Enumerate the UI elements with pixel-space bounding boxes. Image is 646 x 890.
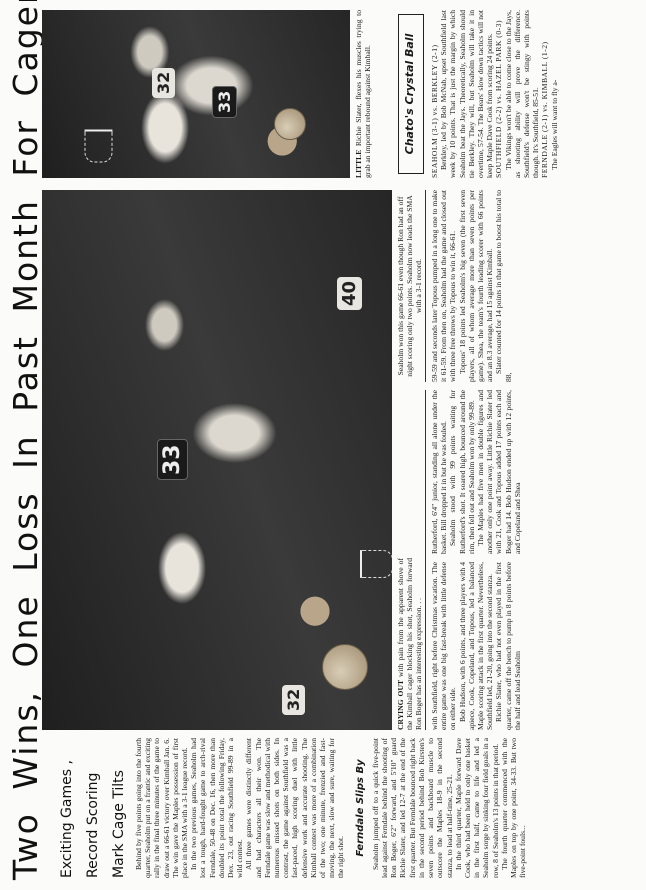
big-photo-caption: CRYING OUT with pain from the apparent s… — [396, 558, 424, 730]
matchup: FERNDALE (2-1) vs. KIMBALL (1-2) — [540, 10, 549, 178]
left-column: Exciting Games , Record Scoring Mark Cag… — [56, 738, 641, 878]
middle-column-2: Rutherford, 6'4" junior, standing all al… — [430, 390, 640, 554]
caption-lead: LITTLE — [354, 150, 363, 178]
story-paragraph: Richie Slater, who had not even played i… — [494, 562, 522, 730]
story-paragraph: All three games were distinctly differen… — [244, 738, 345, 878]
caption-lead: CRYING OUT — [396, 680, 405, 730]
story-paragraph: with Southfield, right before Christmas … — [430, 562, 458, 730]
top-right-photo: 32 33 — [42, 10, 350, 178]
story-paragraph: Behind by five points going into the fou… — [134, 738, 189, 878]
matchup: SEAHOLM (3-1) vs. BERKLEY (2-1) — [430, 10, 439, 178]
jersey-number: 32 — [282, 685, 305, 715]
basket-net-icon — [360, 550, 392, 578]
middle-column-1: with Southfield, right before Christmas … — [430, 562, 640, 730]
subhead-1: Exciting Games , — [56, 738, 78, 878]
prediction: The Vikings won't be able to come close … — [504, 10, 541, 178]
jersey-number: 32 — [152, 68, 175, 98]
story-paragraph: Seaholm stood with 99 points waiting for… — [448, 390, 476, 554]
crystal-ball-title-box: Chato's Crystal Ball — [398, 14, 424, 174]
story-paragraph: The Maples had five men in double figure… — [476, 390, 522, 554]
story-paragraph: Topous' 18 points led Seaholm's big seve… — [458, 190, 495, 382]
story-paragraph: Slater counted for 14 points in that gam… — [494, 190, 512, 382]
section-heading: Ferndale Slips By — [356, 738, 365, 878]
story-paragraph: In the two previous games, Seaholm had l… — [189, 738, 244, 878]
prediction: Berkley, led by Bob McNab, upset Southfi… — [439, 10, 494, 178]
crystal-ball-column: SEAHOLM (3-1) vs. BERKLEY (2-1) Berkley,… — [430, 10, 642, 178]
basketball-icon — [322, 644, 368, 690]
jersey-number: 40 — [337, 277, 362, 310]
prediction: The Eagles will want to fly a- — [550, 10, 559, 178]
middle-column-3: 59-59 and seconds later Topous pumped in… — [430, 190, 640, 382]
subhead-3: Mark Cage Tilts — [108, 738, 130, 878]
story-paragraph: Rutherford, 6'4" junior, standing all al… — [430, 390, 448, 554]
column-rule — [425, 390, 426, 730]
newspaper-page-rotated: Two Wins, One Loss In Past Month For Cag… — [0, 0, 646, 890]
story-inset: Seaholm won this game 66-61 even though … — [396, 190, 424, 382]
scanned-page: Two Wins, One Loss In Past Month For Cag… — [0, 0, 646, 890]
basketball-icon — [274, 108, 306, 140]
story-paragraph: The fourth quarter commenced with the Ma… — [500, 738, 528, 878]
story-paragraph: In the third quarter, Maple forward Dave… — [454, 738, 500, 878]
story-paragraph: Seaholm jumped off to a quick five-point… — [371, 738, 454, 878]
story-paragraph: Bob Hudson, with 6 points, and three pla… — [458, 562, 495, 730]
story-paragraph: 59-59 and seconds later Topous pumped in… — [430, 190, 458, 382]
jersey-number: 33 — [157, 439, 188, 480]
story-body: Behind by five points going into the fou… — [134, 738, 527, 878]
subhead-2: Record Scoring — [82, 738, 104, 878]
basket-net-icon — [85, 130, 113, 163]
top-photo-caption: LITTLE Richie Slater, flexes his muscles… — [354, 10, 372, 178]
big-photo: 33 40 32 — [42, 190, 392, 730]
jersey-number: 33 — [212, 86, 237, 118]
headline: Two Wins, One Loss In Past Month For Cag… — [6, 10, 46, 880]
matchup: SOUTHFIELD (2-2) vs. HAZEL PARK (0-3) — [494, 10, 503, 178]
column-rule — [425, 190, 426, 382]
